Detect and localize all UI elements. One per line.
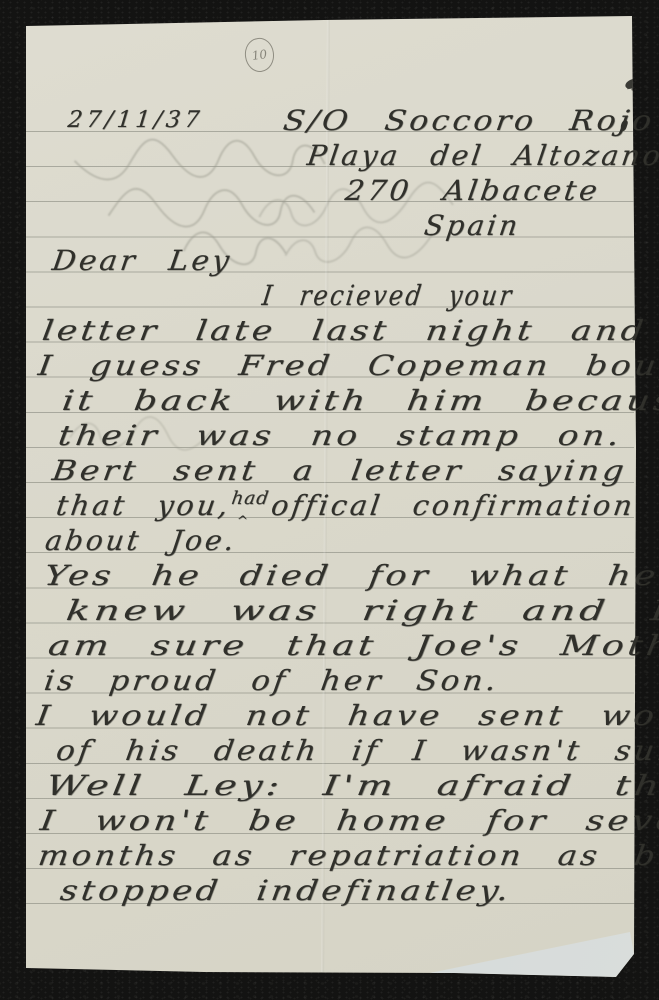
body-line: I would not have sent word <box>34 698 659 733</box>
insertion-mark: had^ <box>228 488 274 523</box>
body-line-part: that you, <box>54 489 233 522</box>
address-line: Playa del Altozano <box>305 138 659 173</box>
body-line: of his death if I wasn't sure. <box>54 733 659 768</box>
body-line: letter late last night and <box>40 313 649 348</box>
address-line: Spain <box>422 208 523 243</box>
salutation: Dear Ley <box>50 243 234 278</box>
body-line: stopped indefinatley. <box>58 873 514 908</box>
address-line: 270 Albacete <box>343 173 603 208</box>
address-line: S/O Soccoro Rojo <box>281 103 657 138</box>
body-line: their was no stamp on. <box>56 418 625 453</box>
body-line: knew was right and I <box>64 593 659 628</box>
body-line: months as repatriation as been <box>36 838 659 873</box>
body-line: I won't be home for several <box>38 803 659 838</box>
handwriting-layer: 27/11/37 S/O Soccoro Rojo Playa del Alto… <box>0 0 659 1000</box>
body-line: Bert sent a letter saying <box>50 453 629 488</box>
body-line: it back with him because <box>60 383 659 418</box>
body-line: I recieved your <box>260 278 516 313</box>
body-line-part: offical confirmation <box>269 489 637 522</box>
body-line: I guess Fred Copeman bought <box>36 348 659 383</box>
body-line: am sure that Joe's Mother <box>46 628 659 663</box>
letter-date: 27/11/37 <box>66 103 205 138</box>
body-line: is proud of her Son. <box>42 663 501 698</box>
body-line: Well Ley: I'm afraid that <box>44 768 659 803</box>
body-line: about Joe. <box>43 523 239 558</box>
body-line: Yes he died for what he <box>42 558 659 593</box>
photographed-letter-scene: 10 27/11/37 S/O Soccoro Rojo Playa del A… <box>0 0 659 1000</box>
body-line-with-insertion: that you,had^offical confirmation <box>54 488 637 523</box>
